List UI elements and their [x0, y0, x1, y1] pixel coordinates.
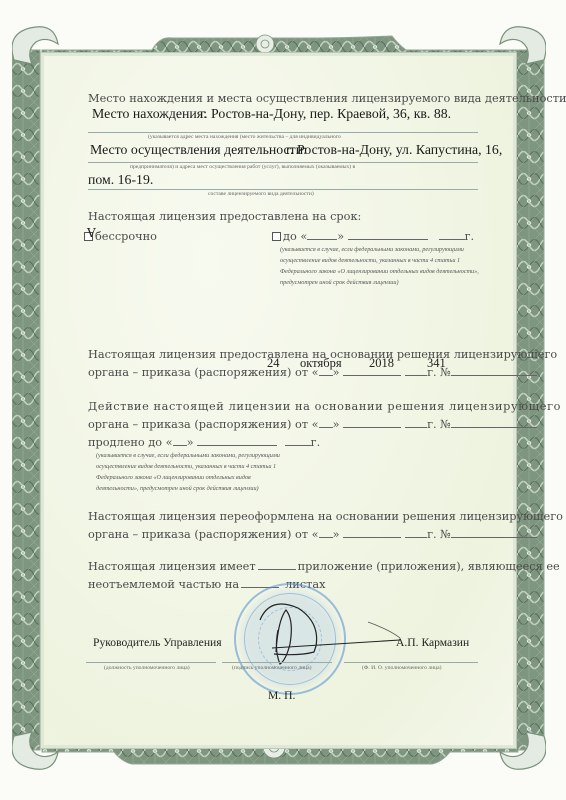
hint-location: (указывается адрес места нахождения (мес… — [148, 134, 341, 140]
until-month-field[interactable] — [348, 230, 428, 240]
hint-scope: составе лицензируемого вида деятельности… — [208, 191, 314, 197]
divider — [86, 662, 216, 663]
until-checkbox[interactable] — [272, 232, 281, 241]
extended-until-month-field[interactable] — [197, 436, 277, 446]
extension-number-field[interactable] — [451, 418, 537, 428]
term-note: (указывается в случае, если федеральными… — [280, 244, 495, 288]
extension-line-3: продлено до «» г. — [88, 436, 320, 449]
reissue-line-2: органа – приказа (распоряжения) от «» г.… — [88, 528, 537, 541]
extension-note: (указывается в случае, если федеральными… — [96, 450, 286, 494]
reissue-month-field[interactable] — [343, 528, 401, 538]
caption-position: (должность уполномоченного лица) — [104, 665, 190, 671]
location-value: г. Ростов-на-Дону, пер. Краевой, 36, кв.… — [200, 106, 451, 122]
appendix-count-field[interactable] — [258, 560, 296, 570]
until-year-field[interactable] — [439, 230, 465, 240]
extension-day-field[interactable] — [319, 418, 333, 428]
until-day-field[interactable] — [307, 230, 337, 240]
seal-label: М. П. — [268, 689, 295, 702]
caption-name: (Ф. И. О. уполномоченного лица) — [362, 665, 442, 671]
term-heading: Настоящая лицензия предоставлена на срок… — [88, 210, 361, 223]
extension-line-1: Действие настоящей лицензии на основании… — [88, 400, 561, 413]
basis-month: октября — [300, 356, 342, 371]
signer-position: Руководитель Управления — [93, 636, 222, 649]
activity-value-continued: пом. 16-19. — [88, 172, 153, 188]
location-label: Место нахождения: — [92, 106, 207, 122]
activity-value: г. Ростов-на-Дону, ул. Капустина, 16, — [286, 142, 502, 158]
extension-year-field[interactable] — [405, 418, 427, 428]
divider — [222, 662, 332, 663]
extended-until-year-field[interactable] — [285, 436, 311, 446]
reissue-day-field[interactable] — [319, 528, 333, 538]
term-indefinite-label: бессрочно — [95, 230, 157, 243]
reissue-line-1: Настоящая лицензия переоформлена на осно… — [88, 510, 563, 523]
reissue-year-field[interactable] — [405, 528, 427, 538]
reissue-number-field[interactable] — [451, 528, 537, 538]
extension-month-field[interactable] — [343, 418, 401, 428]
term-indefinite-option[interactable]: Vбессрочно — [84, 230, 157, 243]
divider — [88, 189, 478, 190]
basis-number: 341 — [427, 356, 446, 371]
term-until-option[interactable]: до «» г. — [272, 230, 474, 243]
hint-activity: предпринимателя) и адреса мест осуществл… — [130, 164, 355, 170]
divider — [88, 162, 478, 163]
extended-until-day-field[interactable] — [173, 436, 187, 446]
basis-day: 24 — [267, 356, 280, 371]
extension-line-2: органа – приказа (распоряжения) от «» г.… — [88, 418, 537, 431]
check-mark-icon: V — [87, 226, 96, 240]
appendix-line-1: Настоящая лицензия имеетприложение (прил… — [88, 560, 560, 573]
divider — [88, 132, 478, 133]
signature-scribble — [250, 600, 420, 670]
location-header: Место нахождения и места осуществления л… — [88, 92, 566, 105]
signer-name: А.П. Кармазин — [396, 636, 469, 649]
basis-year: 2018 — [369, 356, 394, 371]
divider — [344, 662, 478, 663]
caption-signature: (подпись уполномоченного лица) — [232, 665, 312, 671]
activity-label: Место осуществления деятельности: — [90, 142, 307, 158]
